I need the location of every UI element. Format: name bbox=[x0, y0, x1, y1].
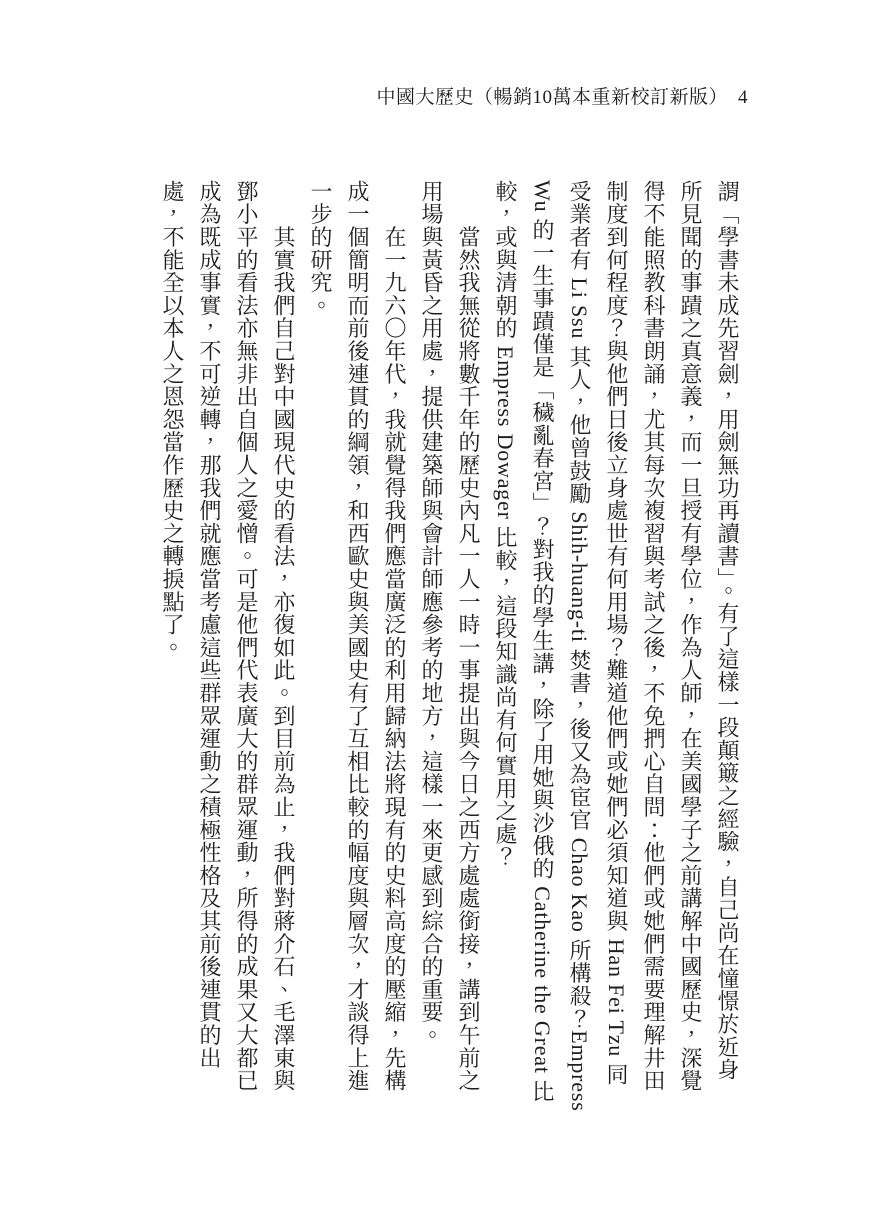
text-column: 受業者有 Li Ssu 其人，他曾鼓勵 Shih-huang-ti 焚書，後又為… bbox=[561, 180, 598, 1096]
body-text-block: 謂「學書未成先習劍，用劍無功再讀書」。有了這樣一段顛簸之經驗，自己尚在憧憬於近身… bbox=[154, 180, 746, 1096]
running-header: 中國大歷史（暢銷10萬本重新校訂新版） 4 bbox=[376, 87, 748, 109]
text-column: 制度到何程度？與他們日後立身處世有何用場？難道他們或她們必須知道與 Han Fe… bbox=[598, 180, 635, 1096]
text-column: 得不能照教科書朗誦，尤其每次複習與考試之後，不免捫心自問：他們或她們需要理解井田 bbox=[635, 180, 672, 1096]
text-column: 在一九六〇年代，我就覺得我們應當廣泛的利用歸納法將現有的史料高度的壓縮，先構 bbox=[376, 180, 413, 1096]
text-column: 其實我們自己對中國現代史的看法，亦復如此。到目前為止，我們對蔣介石、毛澤東與 bbox=[265, 180, 302, 1096]
text-column: 鄧小平的看法亦無非出自個人之愛憎。可是他們代表廣大的群眾運動，所得的成果又大都已 bbox=[228, 180, 265, 1096]
text-column: 成為既成事實，不可逆轉，那我們就應當考慮這些群眾運動之積極性格及其前後連貫的出 bbox=[191, 180, 228, 1096]
text-column: 所見聞的事蹟之真意義，而一旦授有學位，作為人師，在美國學子之前講解中國歷史，深覺 bbox=[672, 180, 709, 1096]
text-column: 較，或與清朝的 Empress Dowager 比較，這段知識尚有何實用之處？ bbox=[487, 180, 524, 1096]
text-column: 當然我無從將數千年的歷史內凡一人一時一事提出與今日之西方處處銜接，講到午前之 bbox=[450, 180, 487, 1096]
book-page: { "theme": { "ink": "#1e1e1e", "paper": … bbox=[0, 0, 872, 1223]
book-title: 中國大歷史（暢銷10萬本重新校訂新版） bbox=[376, 87, 728, 109]
text-column: 謂「學書未成先習劍，用劍無功再讀書」。有了這樣一段顛簸之經驗，自己尚在憧憬於近身 bbox=[709, 180, 746, 1096]
text-column: 成一個簡明而前後連貫的綱領，和西歐史與美國史有了互相比較的幅度與層次，才談得上進 bbox=[339, 180, 376, 1096]
text-column: 處，不能全以本人之恩怨當作歷史之轉捩點了。 bbox=[154, 180, 191, 1096]
text-column: 用場與黃昏之用處，提供建築師與會計師應參考的地方，這樣一來更感到綜合的重要。 bbox=[413, 180, 450, 1096]
text-column: Wu 的一生事蹟僅是「穢亂春宮」？對我的學生講，除了用她與沙俄的 Catheri… bbox=[524, 180, 561, 1096]
page-number: 4 bbox=[738, 87, 748, 109]
text-column: 一步的研究。 bbox=[302, 180, 339, 1096]
